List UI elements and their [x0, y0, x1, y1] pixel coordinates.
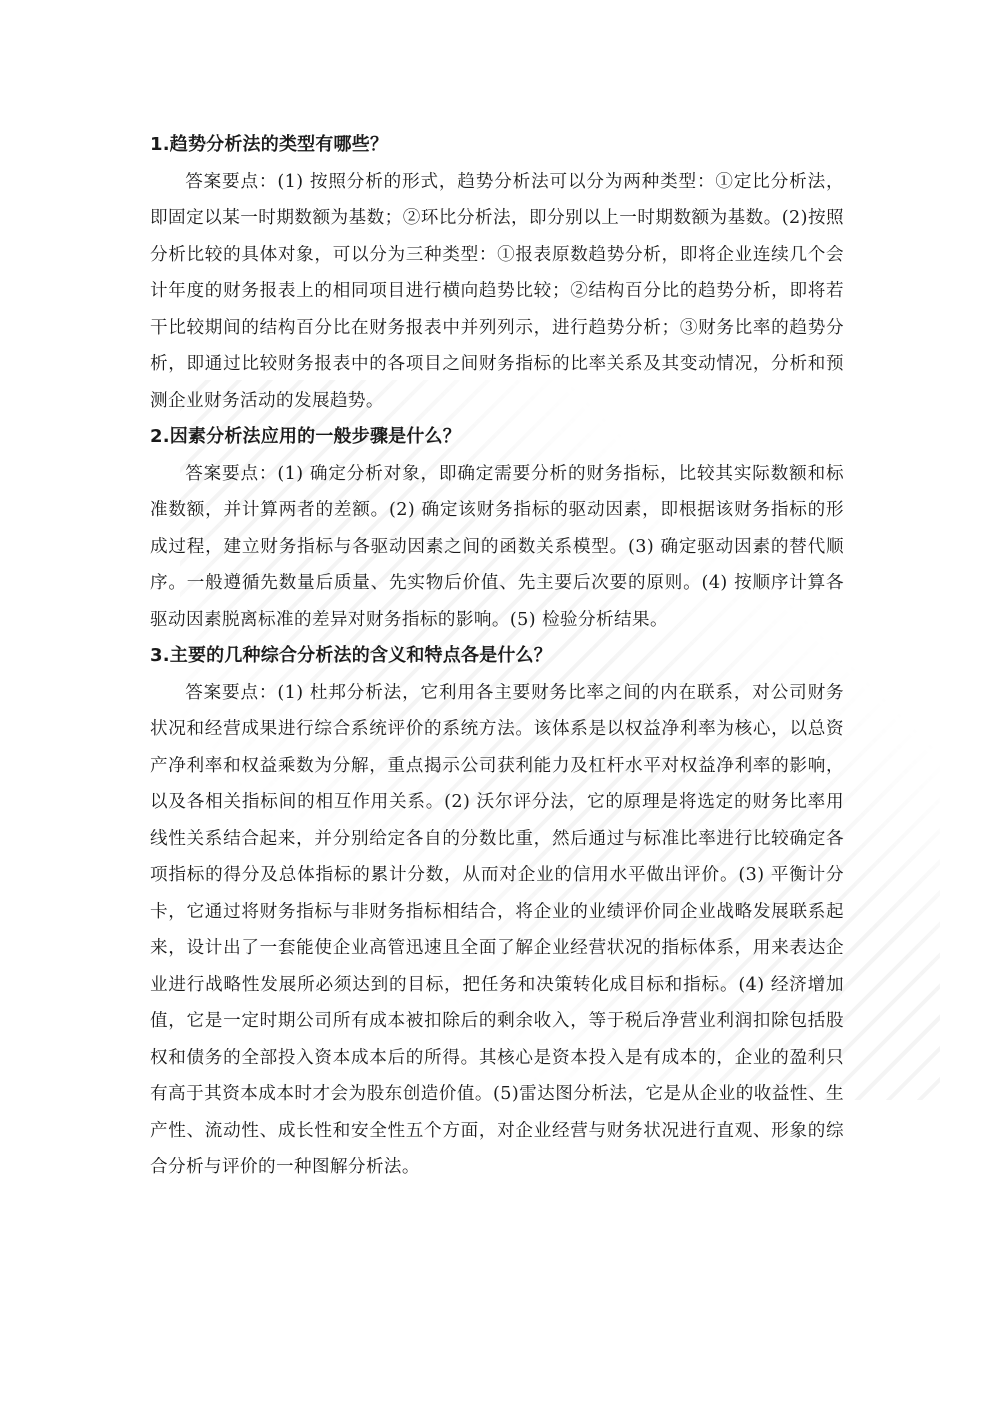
qa-section-1: 1.趋势分析法的类型有哪些？ 答案要点：(1) 按照分析的形式，趋势分析法可以分… [150, 127, 844, 419]
question-heading: 1.趋势分析法的类型有哪些？ [150, 127, 844, 164]
question-heading: 2.因素分析法应用的一般步骤是什么？ [150, 419, 844, 456]
answer-paragraph: 答案要点：(1) 按照分析的形式，趋势分析法可以分为两种类型：①定比分析法，即固… [150, 164, 844, 420]
qa-section-2: 2.因素分析法应用的一般步骤是什么？ 答案要点：(1) 确定分析对象，即确定需要… [150, 419, 844, 638]
document-page: 1.趋势分析法的类型有哪些？ 答案要点：(1) 按照分析的形式，趋势分析法可以分… [150, 127, 844, 1186]
qa-section-3: 3.主要的几种综合分析法的含义和特点各是什么？ 答案要点：(1) 杜邦分析法，它… [150, 638, 844, 1186]
question-heading: 3.主要的几种综合分析法的含义和特点各是什么？ [150, 638, 844, 675]
answer-paragraph: 答案要点：(1) 确定分析对象，即确定需要分析的财务指标，比较其实际数额和标准数… [150, 456, 844, 639]
answer-paragraph: 答案要点：(1) 杜邦分析法，它利用各主要财务比率之间的内在联系，对公司财务状况… [150, 675, 844, 1186]
